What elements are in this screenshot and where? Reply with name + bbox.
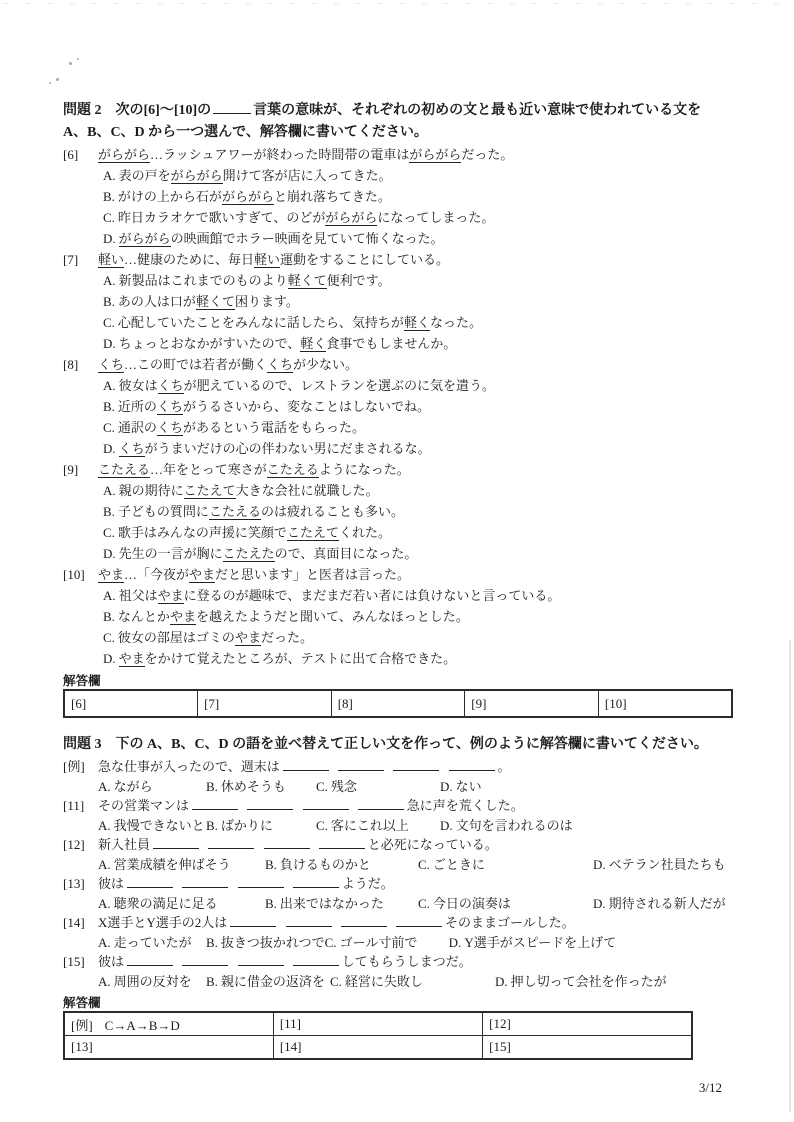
option-text: 押し切って会社を作ったが [511, 974, 667, 989]
question-number: [14] [63, 913, 98, 952]
answer-row: [13][14][15] [64, 1036, 692, 1060]
option-text: ながら [114, 779, 153, 794]
answer-cell-number: [11] [280, 1016, 301, 1031]
option-text: 子どもの質問にこたえるのは疲れることも多い。 [118, 504, 404, 520]
question-body: 急な仕事が入ったので、週末は 。 A.ながらB.休めそうもC.残念D.ない [98, 757, 738, 796]
option-label: B. [103, 504, 115, 519]
option-text: 客にこれ以上 [331, 818, 409, 833]
answer-option: C.経営に失敗し [330, 972, 495, 992]
option-text: 経営に失敗し [345, 974, 423, 989]
question-options: A.聴衆の満足に足るB.出来ではなかったC.今日の演奏はD.期待される新人だが [98, 894, 738, 914]
problem2-answer-label: 解答欄 [63, 674, 738, 688]
question-number: [11] [63, 796, 98, 835]
option-text: 残念 [331, 779, 357, 794]
answer-option: D.Y選手がスピードを上げて [449, 933, 617, 953]
answer-option: C.残念 [316, 777, 440, 797]
underlined-word: 軽い [254, 252, 280, 268]
underlined-word: がらがら [119, 231, 171, 247]
answer-option: B.抜きつ抜かれつで [206, 933, 325, 953]
problem3-question: [例] 急な仕事が入ったので、週末は 。 A.ながらB.休めそうもC.残念D.な… [63, 757, 738, 796]
problem3-question: [15] 彼は してもらうしまつだ。 A.周囲の反対をB.親に借金の返済をC.経… [63, 952, 738, 991]
underlined-word: くち [98, 357, 124, 373]
option-text: 文句を言われるのは [456, 818, 573, 833]
question-stem: こたえる…年をとって寒さがこたえるようになった。 [98, 459, 738, 480]
option-text: 近所のくちがうるさいから、変なことはしないでね。 [118, 399, 430, 415]
fill-in-blank [182, 875, 228, 888]
question-options: A.周囲の反対をB.親に借金の返済をC.経営に失敗しD.押し切って会社を作ったが [98, 972, 738, 992]
option-label: D. [449, 935, 462, 950]
fill-in-blank [208, 836, 254, 849]
underlined-word: 軽い [98, 252, 124, 268]
option-text: 歌手はみんなの声援に笑顔でこたえてくれた。 [118, 525, 391, 541]
underlined-word: 軽くて [196, 294, 235, 310]
underlined-word: がらがら [409, 147, 461, 163]
question-options: A.表の戸をがらがら開けて客が店に入ってきた。B.がけの上から石ががらがらと崩れ… [98, 165, 738, 249]
option-label: C. [418, 896, 430, 911]
question-body: 新入社員 と必死になっている。 A.営業成績を伸ばそうB.負けるものかとC.ごと… [98, 835, 738, 874]
problem3-question: [13] 彼は ようだ。 A.聴衆の満足に足るB.出来ではなかったC.今日の演奏… [63, 874, 738, 913]
underlined-word: やま [98, 567, 124, 583]
answer-cell: [9] [465, 690, 599, 717]
fill-in-blank [283, 758, 329, 771]
question-body: 軽い…健康のために、毎日軽い運動をすることにしている。 A.新製品はこれまでのも… [98, 249, 738, 354]
option-text: 走っていたが [114, 935, 192, 950]
question-stem: やま…「今夜がやまだと思います」と医者は言った。 [98, 564, 738, 585]
answer-cell: [11] [273, 1012, 482, 1036]
answer-cell-value: C→A→B→D [105, 1018, 180, 1033]
option-label: B. [103, 294, 115, 309]
option-label: C. [103, 525, 115, 540]
answer-option: C.歌手はみんなの声援に笑顔でこたえてくれた。 [98, 522, 738, 543]
underlined-word: がらがら [98, 147, 150, 163]
answer-option: B.休めそうも [206, 777, 316, 797]
fill-in-blank [153, 836, 199, 849]
answer-option: C.客にこれ以上 [316, 816, 440, 836]
question-stem: X選手とY選手の2人は そのままゴールした。 [98, 913, 738, 933]
answer-option: B.ばかりに [206, 816, 316, 836]
fill-in-blank [182, 953, 228, 966]
question-stem: その営業マンは 急に声を荒くした。 [98, 796, 738, 816]
option-label: D. [103, 441, 116, 456]
answer-option: A.我慢できないと [98, 816, 206, 836]
answer-option: D.がらがらの映画館でホラー映画を見ていて怖くなった。 [98, 228, 738, 249]
fill-in-blank [449, 758, 495, 771]
answer-cell-number: [13] [71, 1039, 93, 1054]
answer-option: D.やまをかけて覚えたところが、テストに出て合格できた。 [98, 648, 738, 669]
question-body: その営業マンは 急に声を荒くした。 A.我慢できないとB.ばかりにC.客にこれ以… [98, 796, 738, 835]
answer-option: A.聴衆の満足に足る [98, 894, 265, 914]
problem3-heading: 問題 3 下の A、B、C、D の語を並べ替えて正しい文を作って、例のように解答… [63, 734, 738, 756]
option-label: B. [206, 818, 218, 833]
option-text: あの人は口が軽くて困ります。 [118, 294, 299, 310]
fill-in-blank [393, 758, 439, 771]
answer-option: C.ゴール寸前で [325, 933, 449, 953]
option-text: くちがうまいだけの心の伴わない男にだまされるな。 [119, 441, 431, 457]
answer-option: A.親の期待にこたえて大きな会社に就職した。 [98, 480, 738, 501]
underlined-word: がらがら [325, 210, 377, 226]
option-label: B. [103, 399, 115, 414]
underlined-word: こたえて [184, 483, 236, 499]
underlined-word: こたえて [287, 525, 339, 541]
answer-cell: [8] [331, 690, 465, 717]
answer-row: [例]C→A→B→D[11][12] [64, 1012, 692, 1036]
underlined-word: こたえる [209, 504, 261, 520]
question-options: A.我慢できないとB.ばかりにC.客にこれ以上D.文句を言われるのは [98, 816, 738, 836]
option-text: 今日の演奏は [433, 896, 511, 911]
fill-in-blank [230, 914, 276, 927]
answer-option: A.ながら [98, 777, 206, 797]
problem2-heading-line1: 問題 2 次の[6]～[10]の言葉の意味が、それぞれの初めの文と最も近い意味で… [63, 100, 738, 122]
underlined-word: 軽く [404, 315, 430, 331]
answer-option: B.近所のくちがうるさいから、変なことはしないでね。 [98, 396, 738, 417]
option-text: ごときに [433, 857, 485, 872]
underlined-word: やま [189, 567, 215, 583]
underlined-word: がらがら [222, 189, 274, 205]
option-text: 新製品はこれまでのものより軽くて便利です。 [119, 273, 391, 289]
underlined-word: こたえた [223, 546, 275, 562]
underlined-word: やま [119, 651, 145, 667]
question-options: A.新製品はこれまでのものより軽くて便利です。B.あの人は口が軽くて困ります。C… [98, 270, 738, 354]
option-text: 昨日カラオケで歌いすぎて、のどががらがらになってしまった。 [118, 210, 495, 226]
option-label: A. [98, 974, 111, 989]
answer-cell: [13] [64, 1036, 273, 1060]
problem3-question: [11] その営業マンは 急に声を荒くした。 A.我慢できないとB.ばかりにC.… [63, 796, 738, 835]
question-body: こたえる…年をとって寒さがこたえるようになった。 A.親の期待にこたえて大きな会… [98, 459, 738, 564]
question-stem: 彼は してもらうしまつだ。 [98, 952, 738, 972]
question-options: A.走っていたがB.抜きつ抜かれつでC.ゴール寸前でD.Y選手がスピードを上げて [98, 933, 738, 953]
problem3-section: 問題 3 下の A、B、C、D の語を並べ替えて正しい文を作って、例のように解答… [63, 734, 738, 1060]
problem3-answer-table: [例]C→A→B→D[11][12][13][14][15] [63, 1011, 693, 1060]
option-text: がらがらの映画館でホラー映画を見ていて怖くなった。 [119, 231, 444, 247]
answer-option: B.あの人は口が軽くて困ります。 [98, 291, 738, 312]
option-text: 負けるものかと [280, 857, 371, 872]
option-label: C. [330, 974, 342, 989]
answer-cell: [例]C→A→B→D [64, 1012, 273, 1036]
option-label: B. [206, 974, 218, 989]
scanned-test-page: 問題 2 次の[6]～[10]の言葉の意味が、それぞれの初めの文と最も近い意味で… [0, 0, 794, 1122]
option-text: ゴール寸前で [340, 935, 418, 950]
option-label: A. [103, 378, 116, 393]
option-text: 先生の一言が胸にこたえたので、真面目になった。 [119, 546, 418, 562]
underlined-word: くち [157, 420, 183, 436]
fill-in-blank [303, 797, 349, 810]
underlined-word: 軽くて [288, 273, 327, 289]
option-label: C. [316, 818, 328, 833]
fill-in-blank [127, 875, 173, 888]
option-label: B. [265, 896, 277, 911]
answer-option: A.走っていたが [98, 933, 206, 953]
option-label: A. [98, 896, 111, 911]
scan-artifact [49, 82, 51, 84]
question-options: A.彼女はくちが肥えているので、レストランを選ぶのに気を遣う。B.近所のくちがう… [98, 375, 738, 459]
fill-in-blank [319, 836, 365, 849]
problem2-question: [8] くち…この町では若者が働くくちが少ない。 A.彼女はくちが肥えているので… [63, 354, 738, 459]
option-label: A. [98, 857, 111, 872]
option-label: B. [265, 857, 277, 872]
option-text: 彼女の部屋はゴミのやまだった。 [118, 630, 313, 646]
answer-option: A.新製品はこれまでのものより軽くて便利です。 [98, 270, 738, 291]
fill-in-blank [396, 914, 442, 927]
fill-in-blank [341, 914, 387, 927]
fill-in-blank [286, 914, 332, 927]
scan-artifact [789, 640, 791, 1112]
option-label: A. [103, 588, 116, 603]
underlined-word: やま [170, 609, 196, 625]
problem2-question: [10] やま…「今夜がやまだと思います」と医者は言った。 A.祖父はやまに登る… [63, 564, 738, 669]
option-text: 表の戸をがらがら開けて客が店に入ってきた。 [119, 168, 392, 184]
answer-row: [6][7][8][9][10] [64, 690, 732, 717]
option-text: 期待される新人だが [609, 896, 726, 911]
answer-option: D.ちょっとおなかがすいたので、軽く食事でもしませんか。 [98, 333, 738, 354]
option-text: 休めそうも [221, 779, 286, 794]
option-text: 営業成績を伸ばそう [114, 857, 231, 872]
option-text: なんとかやまを越えたようだと聞いて、みんなほっとした。 [118, 609, 469, 625]
question-number: [10] [63, 564, 98, 669]
answer-cell-number: [15] [489, 1039, 511, 1054]
underlined-word: くち [157, 399, 183, 415]
answer-option: B.負けるものかと [265, 855, 418, 875]
option-label: B. [103, 189, 115, 204]
fill-in-blank [358, 797, 404, 810]
option-text: やまをかけて覚えたところが、テストに出て合格できた。 [119, 651, 457, 667]
option-label: C. [103, 630, 115, 645]
question-options: A.祖父はやまに登るのが趣味で、まだまだ若い者には負けないと言っている。B.なん… [98, 585, 738, 669]
problem2-heading: 問題 2 次の[6]～[10]の言葉の意味が、それぞれの初めの文と最も近い意味で… [63, 100, 738, 144]
answer-option: D.押し切って会社を作ったが [495, 972, 667, 992]
answer-option: B.出来ではなかった [265, 894, 418, 914]
problem3-question: [14] X選手とY選手の2人は そのままゴールした。 A.走っていたがB.抜き… [63, 913, 738, 952]
answer-option: D.くちがうまいだけの心の伴わない男にだまされるな。 [98, 438, 738, 459]
option-label: C. [103, 315, 115, 330]
option-text: 出来ではなかった [280, 896, 384, 911]
answer-option: C.通訳のくちがあるという電話をもらった。 [98, 417, 738, 438]
answer-rows: [例]C→A→B→D[11][12][13][14][15] [64, 1012, 692, 1059]
option-label: D. [103, 546, 116, 561]
answer-option: D.ベテラン社員たちも [593, 855, 726, 875]
problem2-answer-table: [6][7][8][9][10] [63, 689, 733, 718]
option-label: A. [103, 273, 116, 288]
option-text: 抜きつ抜かれつで [221, 935, 325, 950]
question-stem: 軽い…健康のために、毎日軽い運動をすることにしている。 [98, 249, 738, 270]
option-text: 祖父はやまに登るのが趣味で、まだまだ若い者には負けないと言っている。 [119, 588, 561, 604]
answer-option: A.祖父はやまに登るのが趣味で、まだまだ若い者には負けないと言っている。 [98, 585, 738, 606]
option-label: C. [418, 857, 430, 872]
answer-cell: [12] [483, 1012, 692, 1036]
answer-option: C.昨日カラオケで歌いすぎて、のどががらがらになってしまった。 [98, 207, 738, 228]
option-label: A. [98, 779, 111, 794]
question-body: くち…この町では若者が働くくちが少ない。 A.彼女はくちが肥えているので、レスト… [98, 354, 738, 459]
answer-option: D.期待される新人だが [593, 894, 726, 914]
option-label: D. [440, 779, 453, 794]
question-body: 彼は ようだ。 A.聴衆の満足に足るB.出来ではなかったC.今日の演奏はD.期待… [98, 874, 738, 913]
question-body: がらがら…ラッシュアワーが終わった時間帯の電車はがらがらだった。 A.表の戸をが… [98, 144, 738, 249]
problem2-questions: [6] がらがら…ラッシュアワーが終わった時間帯の電車はがらがらだった。 A.表… [63, 144, 738, 669]
option-label: A. [98, 818, 111, 833]
answer-cell: [6] [64, 690, 198, 717]
scan-artifact [77, 58, 79, 60]
question-number: [13] [63, 874, 98, 913]
answer-option: B.親に借金の返済を [206, 972, 330, 992]
scan-artifact [56, 78, 59, 81]
question-number: [7] [63, 249, 98, 354]
question-stem: 新入社員 と必死になっている。 [98, 835, 738, 855]
answer-cell-number: [12] [489, 1016, 511, 1031]
answer-option: C.彼女の部屋はゴミのやまだった。 [98, 627, 738, 648]
option-text: 聴衆の満足に足る [114, 896, 218, 911]
question-stem: 彼は ようだ。 [98, 874, 738, 894]
fill-in-blank [247, 797, 293, 810]
underlined-word: くち [119, 441, 145, 457]
question-number: [9] [63, 459, 98, 564]
option-label: A. [103, 483, 116, 498]
underlined-word: くち [158, 378, 184, 394]
fill-in-blank [293, 875, 339, 888]
question-number: [例] [63, 757, 98, 796]
answer-cell-number: [7] [204, 696, 219, 711]
question-options: A.ながらB.休めそうもC.残念D.ない [98, 777, 738, 797]
option-label: C. [103, 420, 115, 435]
question-body: X選手とY選手の2人は そのままゴールした。 A.走っていたがB.抜きつ抜かれつ… [98, 913, 738, 952]
question-number: [6] [63, 144, 98, 249]
answer-cell: [14] [273, 1036, 482, 1060]
scan-artifact [69, 62, 72, 65]
question-stem: 急な仕事が入ったので、週末は 。 [98, 757, 738, 777]
question-options: A.親の期待にこたえて大きな会社に就職した。B.子どもの質問にこたえるのは疲れる… [98, 480, 738, 564]
question-body: やま…「今夜がやまだと思います」と医者は言った。 A.祖父はやまに登るのが趣味で… [98, 564, 738, 669]
answer-option: B.なんとかやまを越えたようだと聞いて、みんなほっとした。 [98, 606, 738, 627]
option-label: B. [103, 609, 115, 624]
answer-option: D.先生の一言が胸にこたえたので、真面目になった。 [98, 543, 738, 564]
answer-cell: [7] [198, 690, 332, 717]
option-text: Y選手がスピードを上げて [464, 935, 616, 950]
question-stem: くち…この町では若者が働くくちが少ない。 [98, 354, 738, 375]
answer-option: C.今日の演奏は [418, 894, 593, 914]
fill-in-blank [293, 953, 339, 966]
answer-option: A.営業成績を伸ばそう [98, 855, 265, 875]
question-number: [15] [63, 952, 98, 991]
question-stem: がらがら…ラッシュアワーが終わった時間帯の電車はがらがらだった。 [98, 144, 738, 165]
underlined-word: くち [267, 357, 293, 373]
answer-option: D.文句を言われるのは [440, 816, 573, 836]
problem2-heading-line2: A、B、C、D から一つ選んで、解答欄に書いてください。 [63, 122, 738, 144]
underlined-word: こたえる [98, 462, 150, 478]
underlined-word: 軽く [300, 336, 326, 352]
option-text: 周囲の反対を [114, 974, 192, 989]
option-text: ない [456, 779, 482, 794]
option-label: D. [495, 974, 508, 989]
fill-in-blank [264, 836, 310, 849]
option-label: D. [593, 857, 606, 872]
problem3-questions: [例] 急な仕事が入ったので、週末は 。 A.ながらB.休めそうもC.残念D.な… [63, 757, 738, 991]
underlined-word: がらがら [171, 168, 223, 184]
page-number: 3/12 [699, 1080, 722, 1096]
underlined-word: こたえる [267, 462, 319, 478]
underlined-word: やま [235, 630, 261, 646]
option-label: D. [103, 336, 116, 351]
option-text: がけの上から石ががらがらと崩れ落ちてきた。 [118, 189, 391, 205]
option-text: 通訳のくちがあるという電話をもらった。 [118, 420, 365, 436]
question-options: A.営業成績を伸ばそうB.負けるものかとC.ごときにD.ベテラン社員たちも [98, 855, 738, 875]
option-text: ばかりに [221, 818, 273, 833]
option-label: D. [103, 651, 116, 666]
answer-option: D.ない [440, 777, 482, 797]
option-label: B. [206, 935, 218, 950]
problem2-question: [6] がらがら…ラッシュアワーが終わった時間帯の電車はがらがらだった。 A.表… [63, 144, 738, 249]
option-label: C. [103, 210, 115, 225]
problem3-question: [12] 新入社員 と必死になっている。 A.営業成績を伸ばそうB.負けるものか… [63, 835, 738, 874]
option-label: D. [103, 231, 116, 246]
problem2-question: [9] こたえる…年をとって寒さがこたえるようになった。 A.親の期待にこたえて… [63, 459, 738, 564]
answer-option: C.ごときに [418, 855, 593, 875]
fill-in-blank [127, 953, 173, 966]
option-text: 我慢できないと [114, 818, 205, 833]
fill-in-blank [238, 953, 284, 966]
fill-in-blank [192, 797, 238, 810]
answer-option: A.表の戸をがらがら開けて客が店に入ってきた。 [98, 165, 738, 186]
option-label: A. [103, 168, 116, 183]
fill-in-blank [238, 875, 284, 888]
option-text: 親に借金の返済を [221, 974, 325, 989]
option-label: B. [206, 779, 218, 794]
fill-in-blank [338, 758, 384, 771]
problem2-section: 問題 2 次の[6]～[10]の言葉の意味が、それぞれの初めの文と最も近い意味で… [63, 100, 738, 718]
option-text: 彼女はくちが肥えているので、レストランを選ぶのに気を遣う。 [119, 378, 495, 394]
option-text: ちょっとおなかがすいたので、軽く食事でもしませんか。 [119, 336, 457, 352]
question-number: [8] [63, 354, 98, 459]
answer-cell-number: [例] [71, 1018, 93, 1033]
option-text: 親の期待にこたえて大きな会社に就職した。 [119, 483, 379, 499]
option-label: D. [593, 896, 606, 911]
option-label: C. [316, 779, 328, 794]
option-label: D. [440, 818, 453, 833]
answer-option: A.彼女はくちが肥えているので、レストランを選ぶのに気を遣う。 [98, 375, 738, 396]
answer-cell-number: [14] [280, 1039, 302, 1054]
underlined-word: やま [158, 588, 184, 604]
answer-cell: [15] [483, 1036, 692, 1060]
question-body: 彼は してもらうしまつだ。 A.周囲の反対をB.親に借金の返済をC.経営に失敗し… [98, 952, 738, 991]
answer-cell-number: [8] [338, 696, 353, 711]
answer-option: A.周囲の反対を [98, 972, 206, 992]
answer-option: B.がけの上から石ががらがらと崩れ落ちてきた。 [98, 186, 738, 207]
fill-in-blank [213, 101, 251, 114]
answer-cell-number: [9] [471, 696, 486, 711]
option-label: A. [98, 935, 111, 950]
problem2-question: [7] 軽い…健康のために、毎日軽い運動をすることにしている。 A.新製品はこれ… [63, 249, 738, 354]
answer-option: B.子どもの質問にこたえるのは疲れることも多い。 [98, 501, 738, 522]
answer-cell-number: [10] [605, 696, 627, 711]
option-text: 心配していたことをみんなに話したら、気持ちが軽くなった。 [118, 315, 482, 331]
option-label: C. [325, 935, 337, 950]
answer-cell-number: [6] [71, 696, 86, 711]
scan-artifact [4, 3, 784, 4]
problem3-answer-label: 解答欄 [63, 996, 738, 1010]
option-text: ベテラン社員たちも [609, 857, 726, 872]
answer-cell: [10] [598, 690, 732, 717]
answer-option: C.心配していたことをみんなに話したら、気持ちが軽くなった。 [98, 312, 738, 333]
question-number: [12] [63, 835, 98, 874]
